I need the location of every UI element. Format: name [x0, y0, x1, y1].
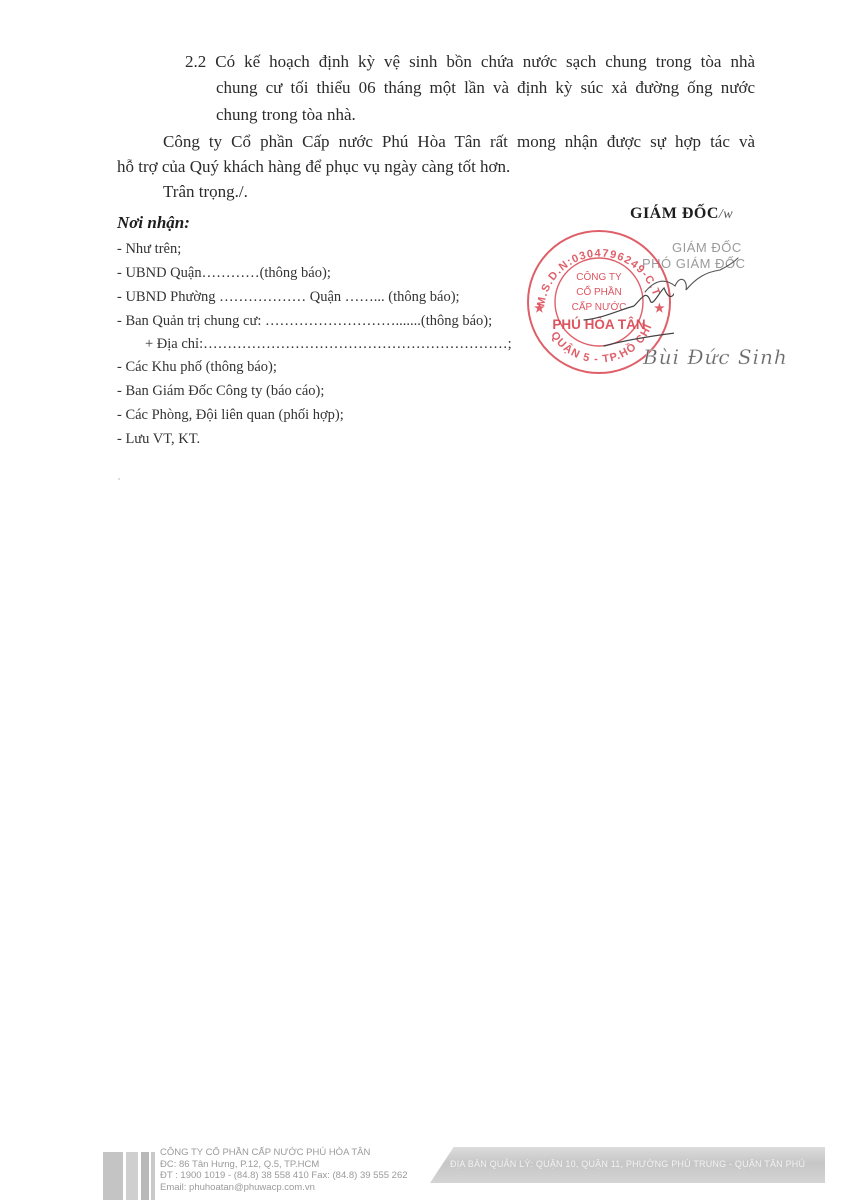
seal-inner-line-4: PHÚ HÒA TÂN: [552, 317, 645, 332]
recipient-item: - UBND Quận…………(thông báo);: [117, 264, 331, 282]
recipient-item: - Các Khu phố (thông báo);: [117, 358, 277, 376]
recipients-title: Nơi nhận:: [117, 213, 190, 233]
closing-paragraph-line-2: hỗ trợ của Quý khách hàng để phục vụ ngà…: [117, 155, 510, 179]
item-2-2-line-3: chung trong tòa nhà.: [216, 103, 356, 127]
item-2-2-line-1: 2.2 Có kế hoạch định kỳ vệ sinh bồn chứa…: [185, 50, 755, 74]
footer-service-area: ĐỊA BÀN QUẢN LÝ: QUẬN 10, QUẬN 11, PHƯỜN…: [450, 1159, 805, 1169]
item-2-2-line-2: chung cư tối thiểu 06 tháng một lần và đ…: [216, 76, 755, 100]
closing-paragraph-line-1: Công ty Cổ phần Cấp nước Phú Hòa Tân rất…: [163, 130, 755, 154]
recipient-item: - Ban Giám Đốc Công ty (báo cáo);: [117, 382, 324, 400]
recipient-item: - Ban Quản trị chung cư: ………………………......…: [117, 312, 492, 330]
footer-company-name: CÔNG TY CỔ PHẦN CẤP NƯỚC PHÚ HÒA TÂN: [160, 1147, 408, 1159]
signature-flourish: [640, 250, 740, 320]
signer-title-text: GIÁM ĐỐC: [630, 205, 719, 222]
seal-star-icon: ★: [534, 301, 545, 315]
signer-name: Bùi Đức Sinh: [643, 345, 788, 369]
footer-phone-fax: ĐT : 1900 1019 - (84.8) 38 558 410 Fax: …: [160, 1170, 408, 1182]
footer-address: ĐC: 86 Tân Hưng, P.12, Q.5, TP.HCM: [160, 1159, 408, 1171]
regards: Trân trọng./.: [163, 180, 248, 204]
recipient-item: - Lưu VT, KT.: [117, 430, 200, 448]
scan-speck: [118, 478, 120, 480]
seal-inner-line-1: CÔNG TY: [576, 270, 622, 283]
recipient-item: - UBND Phường ……………… Quận ……... (thông b…: [117, 288, 460, 306]
footer-company-info: CÔNG TY CỔ PHẦN CẤP NƯỚC PHÚ HÒA TÂN ĐC:…: [160, 1147, 408, 1193]
footer-email: Email: phuhoatan@phuwacp.com.vn: [160, 1182, 408, 1194]
recipient-item: + Địa chỉ:………………………………………………………;: [145, 335, 512, 353]
initial-mark: /w: [719, 207, 733, 222]
seal-inner-line-2: CỔ PHẦN: [576, 285, 622, 298]
signer-title: GIÁM ĐỐC/w: [630, 205, 733, 223]
recipient-item: - Như trên;: [117, 240, 181, 258]
footer-logo-bars: [103, 1152, 158, 1200]
recipient-item: - Các Phòng, Đội liên quan (phối hợp);: [117, 406, 344, 424]
